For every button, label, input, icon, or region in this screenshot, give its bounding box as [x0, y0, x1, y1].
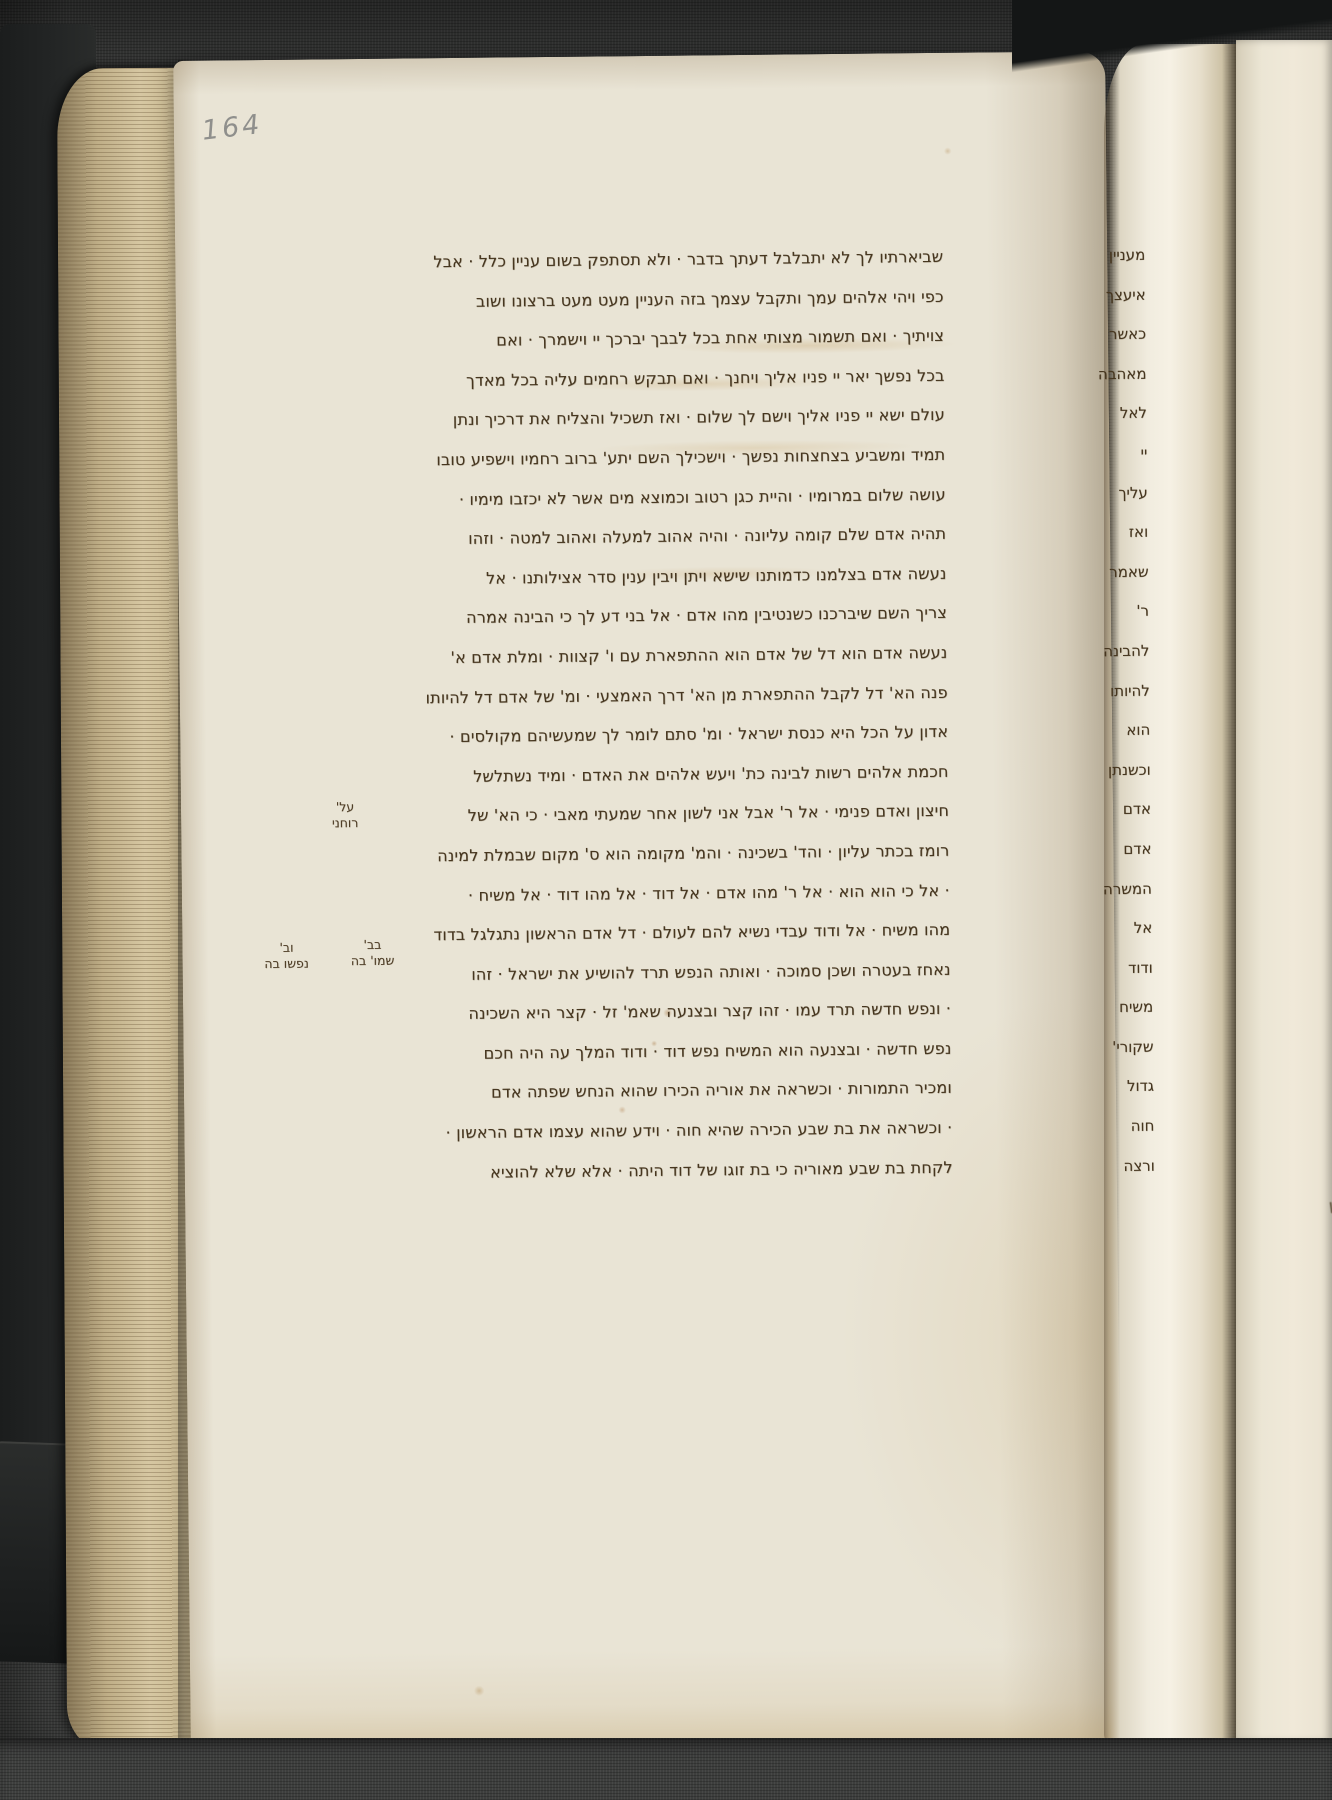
margin-note-outer: וב' נפשו בה [244, 939, 328, 972]
gutter-line-fragment: המשרה [1096, 869, 1152, 909]
gutter-line-fragment: משיח [1097, 988, 1153, 1028]
gutter-line-fragment: כאשר [1090, 315, 1146, 355]
gutter-line-fragment: גדול [1098, 1067, 1154, 1107]
margin-note-upper-line2: רוחני [313, 815, 377, 832]
text-line: שביארתיו לך לא יתבלבל דעתך בדבר · ולא תס… [385, 237, 943, 282]
text-line: · וכשראה את בת שבע הכירה שהיא חוה · וידע… [394, 1108, 952, 1153]
text-line: נעשה אדם בצלמנו כדמותנו שישא ויתן ויבין … [388, 554, 946, 599]
text-line: לקחת בת שבע מאוריה כי בת זוגו של דוד הית… [395, 1147, 953, 1192]
margin-note-inner-line1: בב' [340, 937, 404, 954]
gutter-line-fragment: וכשנתן [1094, 750, 1150, 790]
bottom-fabric-strip [0, 1738, 1332, 1800]
facing-page-text: ום פים אלמיך וייםעין קולם בחללםוילתם ובם… [1236, 105, 1332, 1207]
text-line: עולם ישא יי פניו אליך וישם לך שלום · ואז… [387, 395, 945, 440]
gutter-line-fragment: לאל [1091, 394, 1147, 434]
gutter-column: מענייןאיעצךכאשרמאהבהלאלייעליךואזשאמרר'לה… [1089, 236, 1155, 1187]
text-line: פנה הא' דל לקבל ההתפארת מן הא' דרך האמצע… [390, 672, 948, 717]
gutter-line-fragment: שקורי' [1097, 1028, 1153, 1068]
gutter-line-fragment: אל [1096, 909, 1152, 949]
margin-note-upper: על' רוחני [313, 799, 377, 832]
gutter-line-fragment: שאמר [1092, 552, 1148, 592]
gutter-line-fragment: להיותו [1094, 671, 1150, 711]
text-line: כפי ויהי אלהים עמך ותקבל עצמך בזה העניין… [385, 276, 943, 321]
margin-note-upper-line1: על' [313, 799, 377, 816]
text-line: צריך השם שיברכנו כשנטיבין מהו אדם · אל ב… [389, 593, 947, 638]
text-line: בכל נפשך יאר יי פניו אליך ויחנך · ואם תב… [386, 356, 944, 401]
gutter-line-fragment: עליך [1092, 473, 1148, 513]
manuscript-page: 164 שביארתיו לך לא יתבלבל דעתך בדבר · ול… [173, 51, 1123, 1755]
gutter-line-fragment: מאהבה [1090, 355, 1146, 395]
gutter-line-fragment: ורצה [1099, 1146, 1155, 1186]
gutter-line-fragment: חוה [1098, 1107, 1154, 1147]
text-line: נעשה אדם הוא דל של אדם הוא ההתפארת עם ו'… [389, 633, 947, 678]
text-line: חכמת אלהים רשות לבינה כת' ויעש אלהים את … [390, 752, 948, 797]
gutter-line-fragment: יי [1091, 434, 1147, 474]
gutter-line-fragment: מעניין [1089, 236, 1145, 276]
margin-note-inner: בב' שמו' בה [340, 937, 404, 970]
text-line: צויתיך · ואם תשמור מצותי אחת בכל לבבך יב… [386, 316, 944, 361]
text-line: ומכיר התמורות · וכשראה את אוריה הכירו שה… [394, 1068, 952, 1113]
gutter-line-fragment: הוא [1094, 711, 1150, 751]
margin-note-outer-line1: וב' [244, 939, 328, 956]
gutter-line-fragment: איעצך [1089, 275, 1145, 315]
photo-background: 164 שביארתיו לך לא יתבלבל דעתך בדבר · ול… [0, 0, 1332, 1800]
text-line: תהיה אדם שלם קומה עליונה · והיה אהוב למע… [388, 514, 946, 559]
facing-page-last-line: בוחן ולבות ואמין [1236, 1184, 1332, 1226]
folio-number-pencil: 164 [200, 109, 264, 147]
gutter-line-fragment: ר' [1093, 592, 1149, 632]
text-line: חיצון ואדם פנימי · אל ר' אבל אני לשון אח… [391, 791, 949, 836]
facing-page: ום פים אלמיך וייםעין קולם בחללםוילתם ובם… [1236, 40, 1332, 1742]
text-line: · ונפש חדשה תרד עמו · זהו קצר ובצנעה שאמ… [393, 989, 951, 1034]
text-line: עושה שלום במרומיו · והיית כגן רטוב וכמוצ… [388, 474, 946, 519]
gutter-line-fragment: אדם [1095, 830, 1151, 870]
gutter-line-fragment: להבינה [1093, 632, 1149, 672]
margin-note-inner-line2: שמו' בה [341, 953, 405, 970]
main-text-block: שביארתיו לך לא יתבלבל דעתך בדבר · ולא תס… [385, 237, 953, 1193]
text-line: · אל כי הוא הוא · אל ר' מהו אדם · אל דוד… [392, 870, 950, 915]
top-right-cover-shadow [1012, 0, 1332, 76]
text-line: רומז בכתר עליון · והד' בשכינה · והמ' מקו… [391, 831, 949, 876]
gutter-line-fragment: ודוד [1096, 948, 1152, 988]
margin-note-outer-line2: נפשו בה [245, 955, 329, 972]
text-line: נפש חדשה · ובצנעה הוא המשיח נפש דוד · וד… [393, 1029, 951, 1074]
gutter-line-fragment: ואז [1092, 513, 1148, 553]
text-line: אדון על הכל היא כנסת ישראל · ומ' סתם לומ… [390, 712, 948, 757]
text-line: נאחז בעטרה ושכן סמוכה · ואותה הנפש תרד ל… [393, 950, 951, 995]
text-line: מהו משיח · אל ודוד עבדי נשיא להם לעולם ·… [392, 910, 950, 955]
gutter-line-fragment: אדם [1095, 790, 1151, 830]
text-line: תמיד ומשביע בצחצחות נפשך · וישכילך השם י… [387, 435, 945, 480]
